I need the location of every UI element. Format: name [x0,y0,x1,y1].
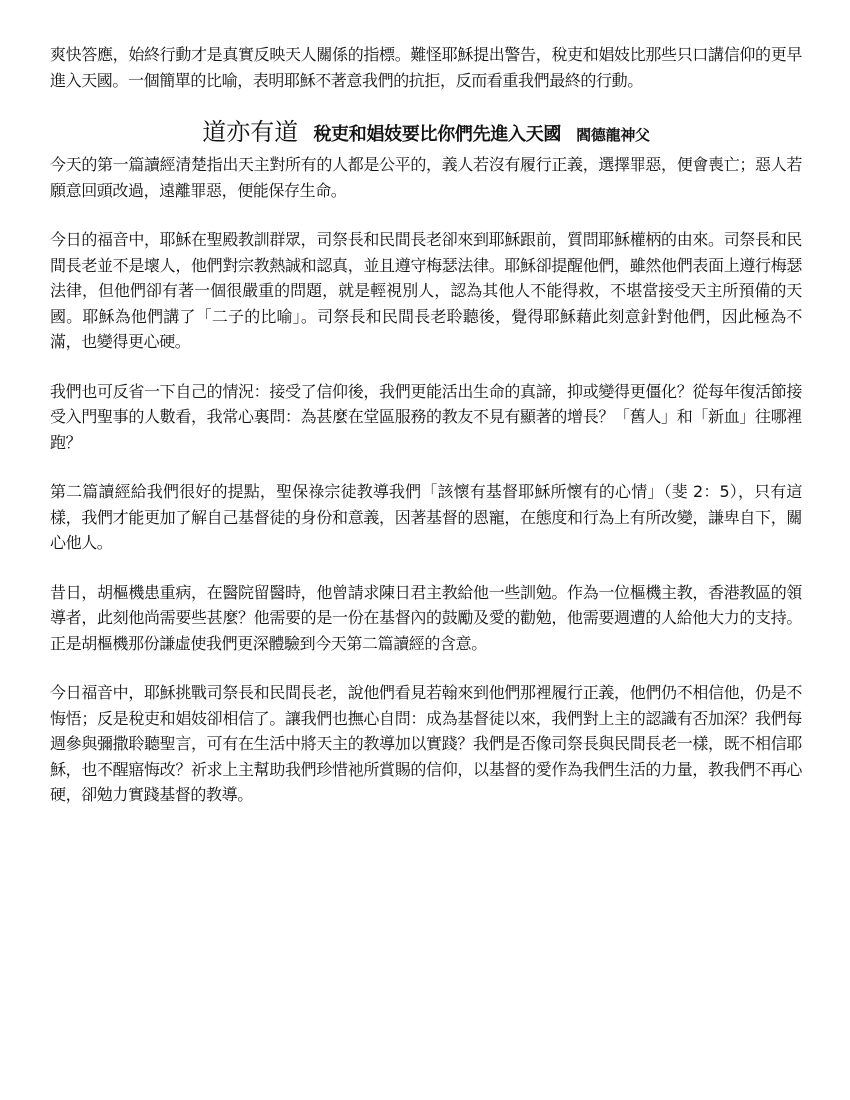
article-title: 道亦有道 [202,118,298,146]
paragraph-spacer [50,455,802,479]
paragraph-spacer [50,203,802,227]
intro-paragraph: 爽快答應，始終行動才是真實反映天人關係的指標。難怪耶穌提出警告，稅吏和娼妓比那些… [50,42,802,93]
article-subtitle: 稅吏和娼妓要比你們先進入天國 [313,124,561,145]
paragraph-spacer [50,556,802,580]
body-paragraph-4: 第二篇讀經給我們很好的提點，聖保祿宗徒教導我們「該懷有基督耶穌所懷有的心情」（斐… [50,479,802,556]
article-heading: 道亦有道 稅吏和娼妓要比你們先進入天國 閻德龍神父 [50,115,802,152]
paragraph-spacer [50,656,802,680]
body-paragraph-2: 今日的福音中，耶穌在聖殿教訓群眾，司祭長和民間長老卻來到耶穌跟前，質問耶穌權柄的… [50,227,802,355]
body-paragraph-1: 今天的第一篇讀經清楚指出天主對所有的人都是公平的，義人若沒有履行正義，選擇罪惡，… [50,152,802,203]
body-paragraph-5: 昔日，胡樞機患重病，在醫院留醫時，他曾請求陳日君主教給他一些訓勉。作為一位樞機主… [50,580,802,657]
document-page: 爽快答應，始終行動才是真實反映天人關係的指標。難怪耶穌提出警告，稅吏和娼妓比那些… [50,42,802,808]
body-paragraph-3: 我們也可反省一下自己的情況：接受了信仰後，我們更能活出生命的真諦，抑或變得更僵化… [50,379,802,456]
paragraph-spacer [50,355,802,379]
body-paragraph-6: 今日福音中，耶穌挑戰司祭長和民間長老，說他們看見若翰來到他們那裡履行正義，他們仍… [50,680,802,808]
article-author: 閻德龍神父 [576,126,650,144]
